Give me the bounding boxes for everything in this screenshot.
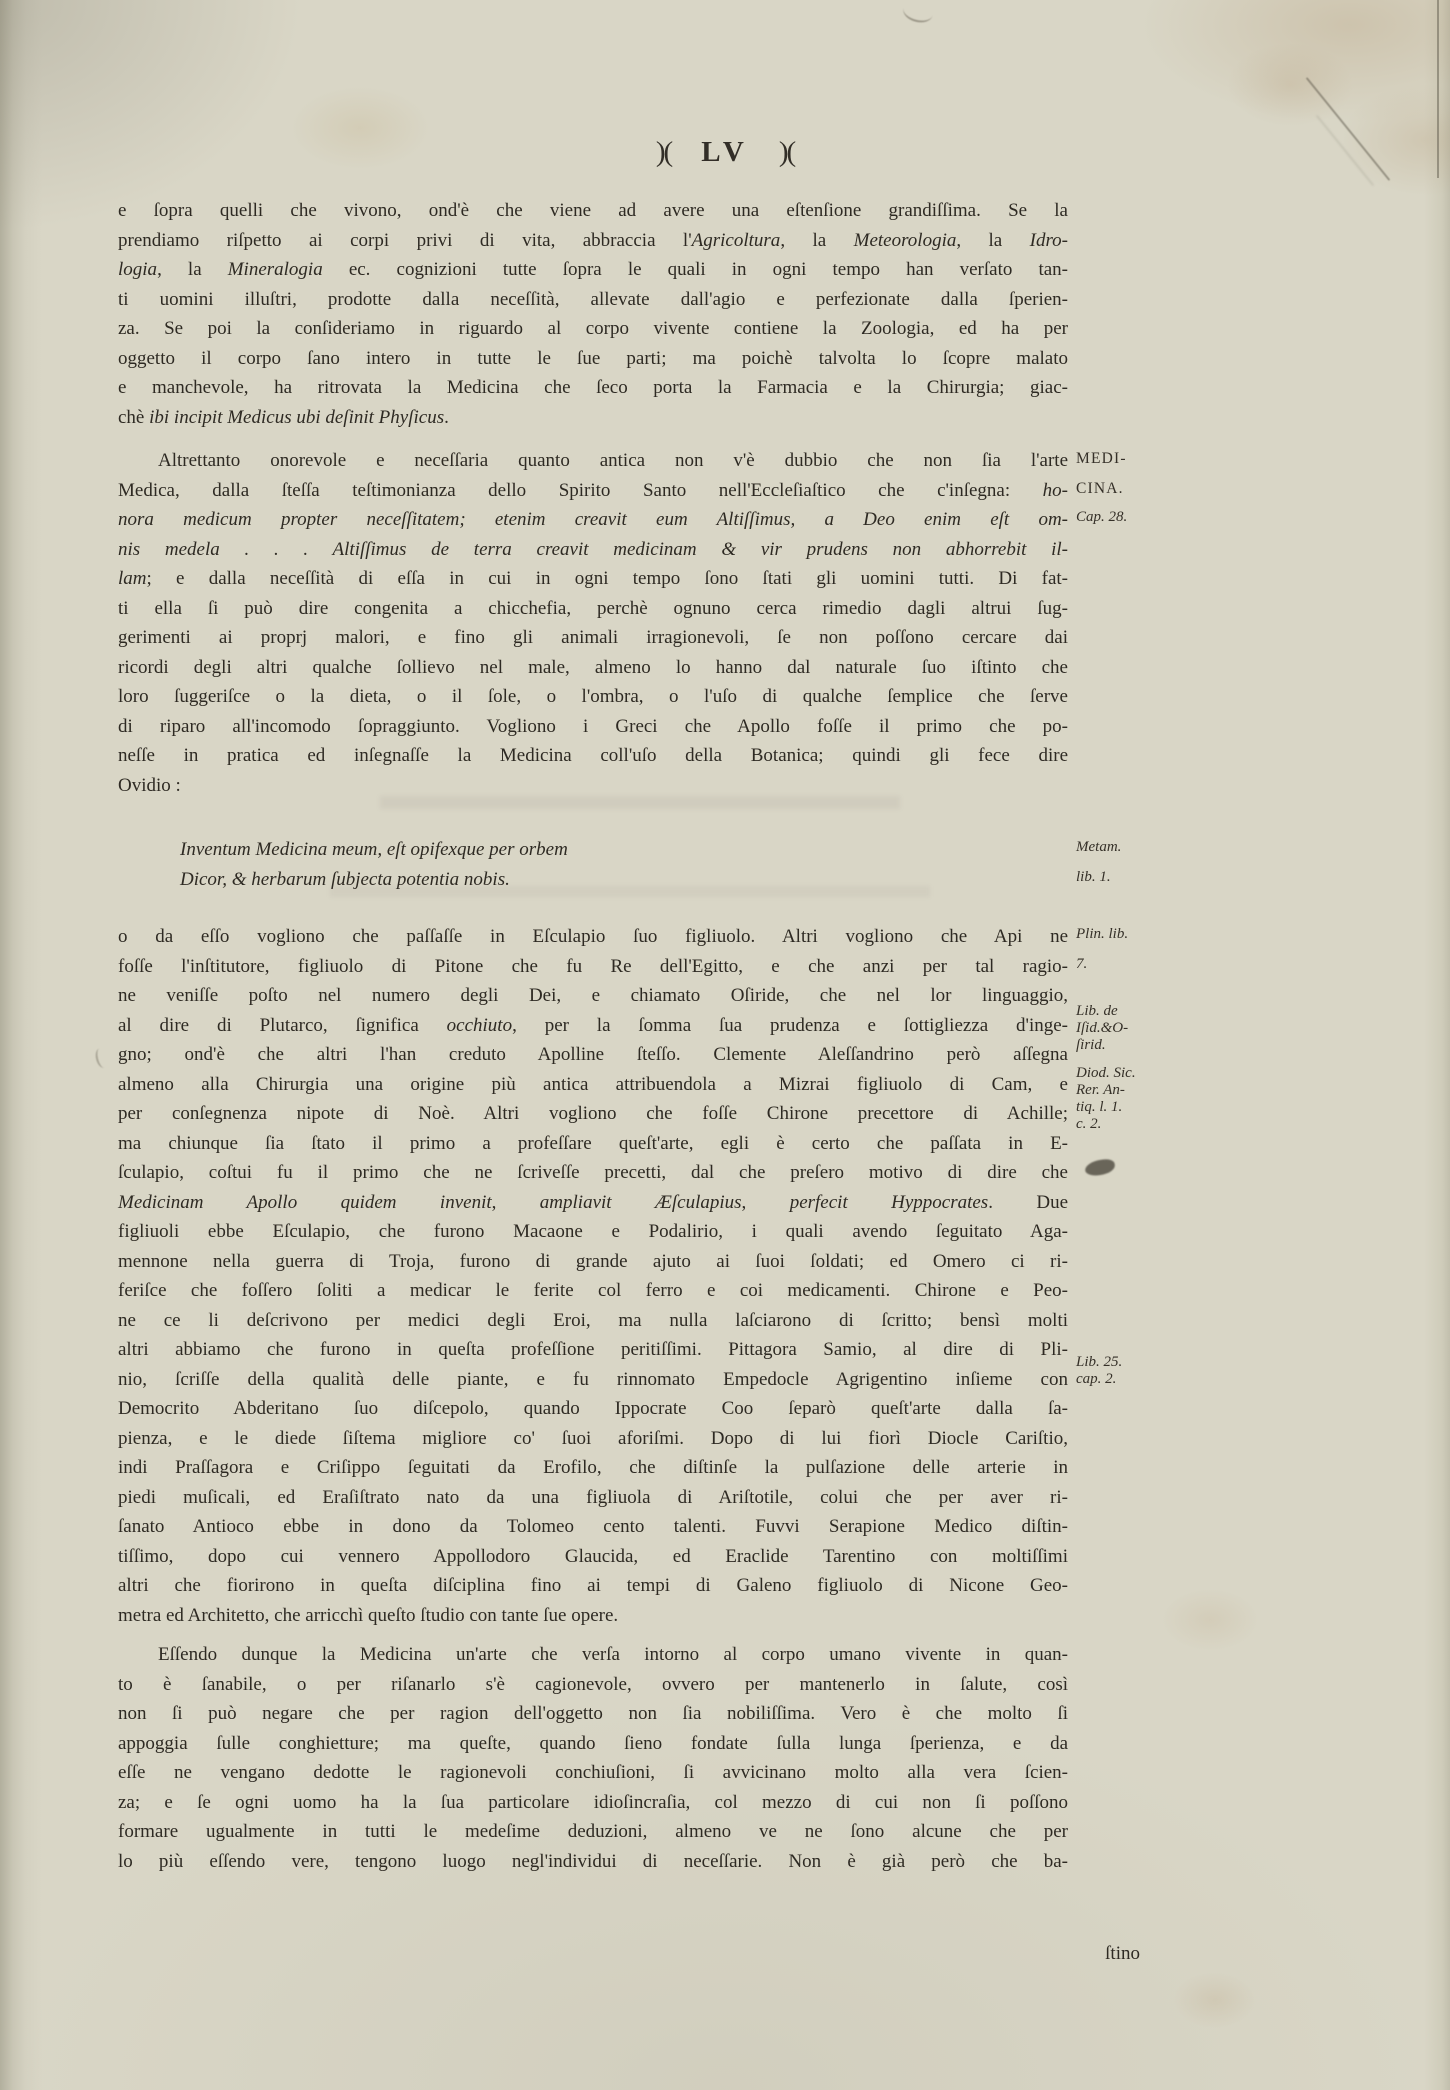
text-line: ma chiunque ſia ſtato il primo a profeſſ… — [118, 1129, 1068, 1159]
margin-note: Lib. deIſid.&O-ſirid. — [1076, 1003, 1246, 1054]
text-line: altri abbiamo che furono in queſta profe… — [118, 1335, 1068, 1365]
header-ornament-left: )( — [656, 136, 671, 168]
text-line: ne ce li deſcrivono per medici degli Ero… — [118, 1306, 1068, 1336]
paragraph: Eſſendo dunque la Medicina un'arte che v… — [118, 1640, 1068, 1876]
margin-note-line: tiq. l. 1. — [1076, 1099, 1246, 1116]
text-line: al dire di Plutarco, ſignifica occhiuto,… — [118, 1011, 1068, 1041]
text-line: pienza, e le diede ſiſtema migliore co' … — [118, 1424, 1068, 1454]
text-line: figliuoli ebbe Eſculapio, che furono Mac… — [118, 1217, 1068, 1247]
text-line: metra ed Architetto, che arricchì queſto… — [118, 1601, 1068, 1631]
margin-note-line: ſirid. — [1076, 1037, 1246, 1054]
text-line: almeno alla Chirurgia una origine più an… — [118, 1070, 1068, 1100]
text-line: altri che fiorirono in queſta diſciplina… — [118, 1571, 1068, 1601]
book-page: )(LV)( e ſopra quelli che vivono, ond'è … — [0, 0, 1450, 2090]
margin-note-line: cap. 2. — [1076, 1371, 1246, 1388]
text-line: nora medicum propter neceſſitatem; eteni… — [118, 505, 1068, 535]
margin-note-line: c. 2. — [1076, 1116, 1246, 1133]
text-line: ſculapio, coſtui fu il primo che ne ſcri… — [118, 1158, 1068, 1188]
text-line: loro ſuggeriſce o la dieta, o il ſole, o… — [118, 682, 1068, 712]
margin-note-line: Diod. Sic. — [1076, 1065, 1246, 1082]
text-line: Eſſendo dunque la Medicina un'arte che v… — [118, 1640, 1068, 1670]
margin-note-line: Lib. de — [1076, 1003, 1246, 1020]
margin-note: lib. 1. — [1076, 869, 1246, 886]
text-line: formare ugualmente in tutti le medeſime … — [118, 1817, 1068, 1847]
text-line: ricordi degli altri qualche ſollievo nel… — [118, 653, 1068, 683]
margin-note-line: Cap. 28. — [1076, 509, 1246, 526]
text-line: lo più eſſendo vere, tengono luogo negl'… — [118, 1847, 1068, 1877]
text-line: di riparo all'incomodo ſopraggiunto. Vog… — [118, 712, 1068, 742]
text-line: eſſe ne vengano dedotte le ragionevoli c… — [118, 1758, 1068, 1788]
text-line: gerimenti ai proprj malori, e fino gli a… — [118, 623, 1068, 653]
margin-note-line: 7. — [1076, 956, 1246, 973]
page-number: LV — [701, 136, 749, 169]
margin-note-line: MEDI- — [1076, 450, 1246, 467]
text-line: mennone nella guerra di Troja, furono di… — [118, 1247, 1068, 1277]
text-line: za; e ſe ogni uomo ha la ſua particolare… — [118, 1788, 1068, 1818]
ink-blot — [1084, 1158, 1116, 1177]
margin-note: MEDI- — [1076, 450, 1246, 467]
margin-note-line: Lib. 25. — [1076, 1354, 1246, 1371]
text-line: foſſe l'inſtitutore, figliuolo di Pitone… — [118, 952, 1068, 982]
page-crease — [1437, 0, 1439, 178]
margin-note: 7. — [1076, 956, 1246, 973]
margin-note: Diod. Sic.Rer. An-tiq. l. 1.c. 2. — [1076, 1065, 1246, 1133]
text-line: piedi muſicali, ed Eraſiſtrato nato da u… — [118, 1483, 1068, 1513]
text-line: ti ella ſi può dire congenita a chicchef… — [118, 594, 1068, 624]
text-body: e ſopra quelli che vivono, ond'è che vie… — [118, 196, 1068, 1876]
text-line: nis medela . . . Altiſſimus de terra cre… — [118, 535, 1068, 565]
text-line: Inventum Medicina meum, eſt opifexque pe… — [180, 835, 1068, 865]
ink-bleed-through — [380, 796, 900, 809]
text-line: nio, ſcriſſe della qualità delle piante,… — [118, 1365, 1068, 1395]
text-line: oggetto il corpo ſano intero in tutte le… — [118, 344, 1068, 374]
margin-note: Cap. 28. — [1076, 509, 1246, 526]
text-line: tiſſimo, dopo cui vennero Appollodoro Gl… — [118, 1542, 1068, 1572]
margin-note-line: lib. 1. — [1076, 869, 1246, 886]
text-line: Altrettanto onorevole e neceſſaria quant… — [118, 446, 1068, 476]
text-line: appoggia ſulle conghietture; ma queſte, … — [118, 1729, 1068, 1759]
text-line: non ſi può negare che per ragion dell'og… — [118, 1699, 1068, 1729]
text-line: ti uomini illuſtri, prodotte dalla neceſ… — [118, 285, 1068, 315]
text-line: prendiamo riſpetto ai corpi privi di vit… — [118, 226, 1068, 256]
paragraph: o da eſſo vogliono che paſſaſſe in Eſcul… — [118, 922, 1068, 1630]
text-line: neſſe in pratica ed inſegnaſſe la Medici… — [118, 741, 1068, 771]
margin-note-line: Metam. — [1076, 839, 1246, 856]
text-line: e ſopra quelli che vivono, ond'è che vie… — [118, 196, 1068, 226]
header-ornament-right: )( — [779, 136, 794, 168]
ink-bleed-through — [330, 886, 930, 897]
paragraph: Altrettanto onorevole e neceſſaria quant… — [118, 446, 1068, 800]
page-curl-mark — [901, 0, 935, 25]
margin-note: Plin. lib. — [1076, 926, 1246, 943]
margin-note: Lib. 25.cap. 2. — [1076, 1354, 1246, 1388]
margin-note-line: Plin. lib. — [1076, 926, 1246, 943]
text-line: to è ſanabile, o per riſanarlo s'è cagio… — [118, 1670, 1068, 1700]
text-line: Democrito Abderitano ſuo diſcepolo, quan… — [118, 1394, 1068, 1424]
text-line: gno; ond'è che altri l'han creduto Apoll… — [118, 1040, 1068, 1070]
margin-note-line: Rer. An- — [1076, 1082, 1246, 1099]
catchword: ſtino — [1105, 1943, 1140, 1965]
margin-note: Metam. — [1076, 839, 1246, 856]
text-line: ne veniſſe poſto nel numero degli Dei, e… — [118, 981, 1068, 1011]
text-line: za. Se poi la conſideriamo in riguardo a… — [118, 314, 1068, 344]
margin-note: CINA. — [1076, 480, 1246, 497]
text-line: o da eſſo vogliono che paſſaſſe in Eſcul… — [118, 922, 1068, 952]
text-line: Medicinam Apollo quidem invenit, ampliav… — [118, 1188, 1068, 1218]
text-line: e manchevole, ha ritrovata la Medicina c… — [118, 373, 1068, 403]
margin-note-line: CINA. — [1076, 480, 1246, 497]
pen-mark — [94, 1047, 110, 1069]
text-line: feriſce che foſſero ſoliti a medicar le … — [118, 1276, 1068, 1306]
text-line: ſanato Antioco ebbe in dono da Tolomeo c… — [118, 1512, 1068, 1542]
page-header: )(LV)( — [0, 136, 1450, 169]
margin-note-line: Iſid.&O- — [1076, 1020, 1246, 1037]
text-line: logia, la Mineralogia ec. cognizioni tut… — [118, 255, 1068, 285]
text-line: chè ibi incipit Medicus ubi deſinit Phyſ… — [118, 403, 1068, 433]
paragraph: e ſopra quelli che vivono, ond'è che vie… — [118, 196, 1068, 432]
text-line: per conſegnenza nipote di Noè. Altri vog… — [118, 1099, 1068, 1129]
text-line: Medica, dalla ſteſſa teſtimonianza dello… — [118, 476, 1068, 506]
text-line: lam; e dalla neceſſità di eſſa in cui in… — [118, 564, 1068, 594]
text-line: indi Praſſagora e Criſippo ſeguitati da … — [118, 1453, 1068, 1483]
